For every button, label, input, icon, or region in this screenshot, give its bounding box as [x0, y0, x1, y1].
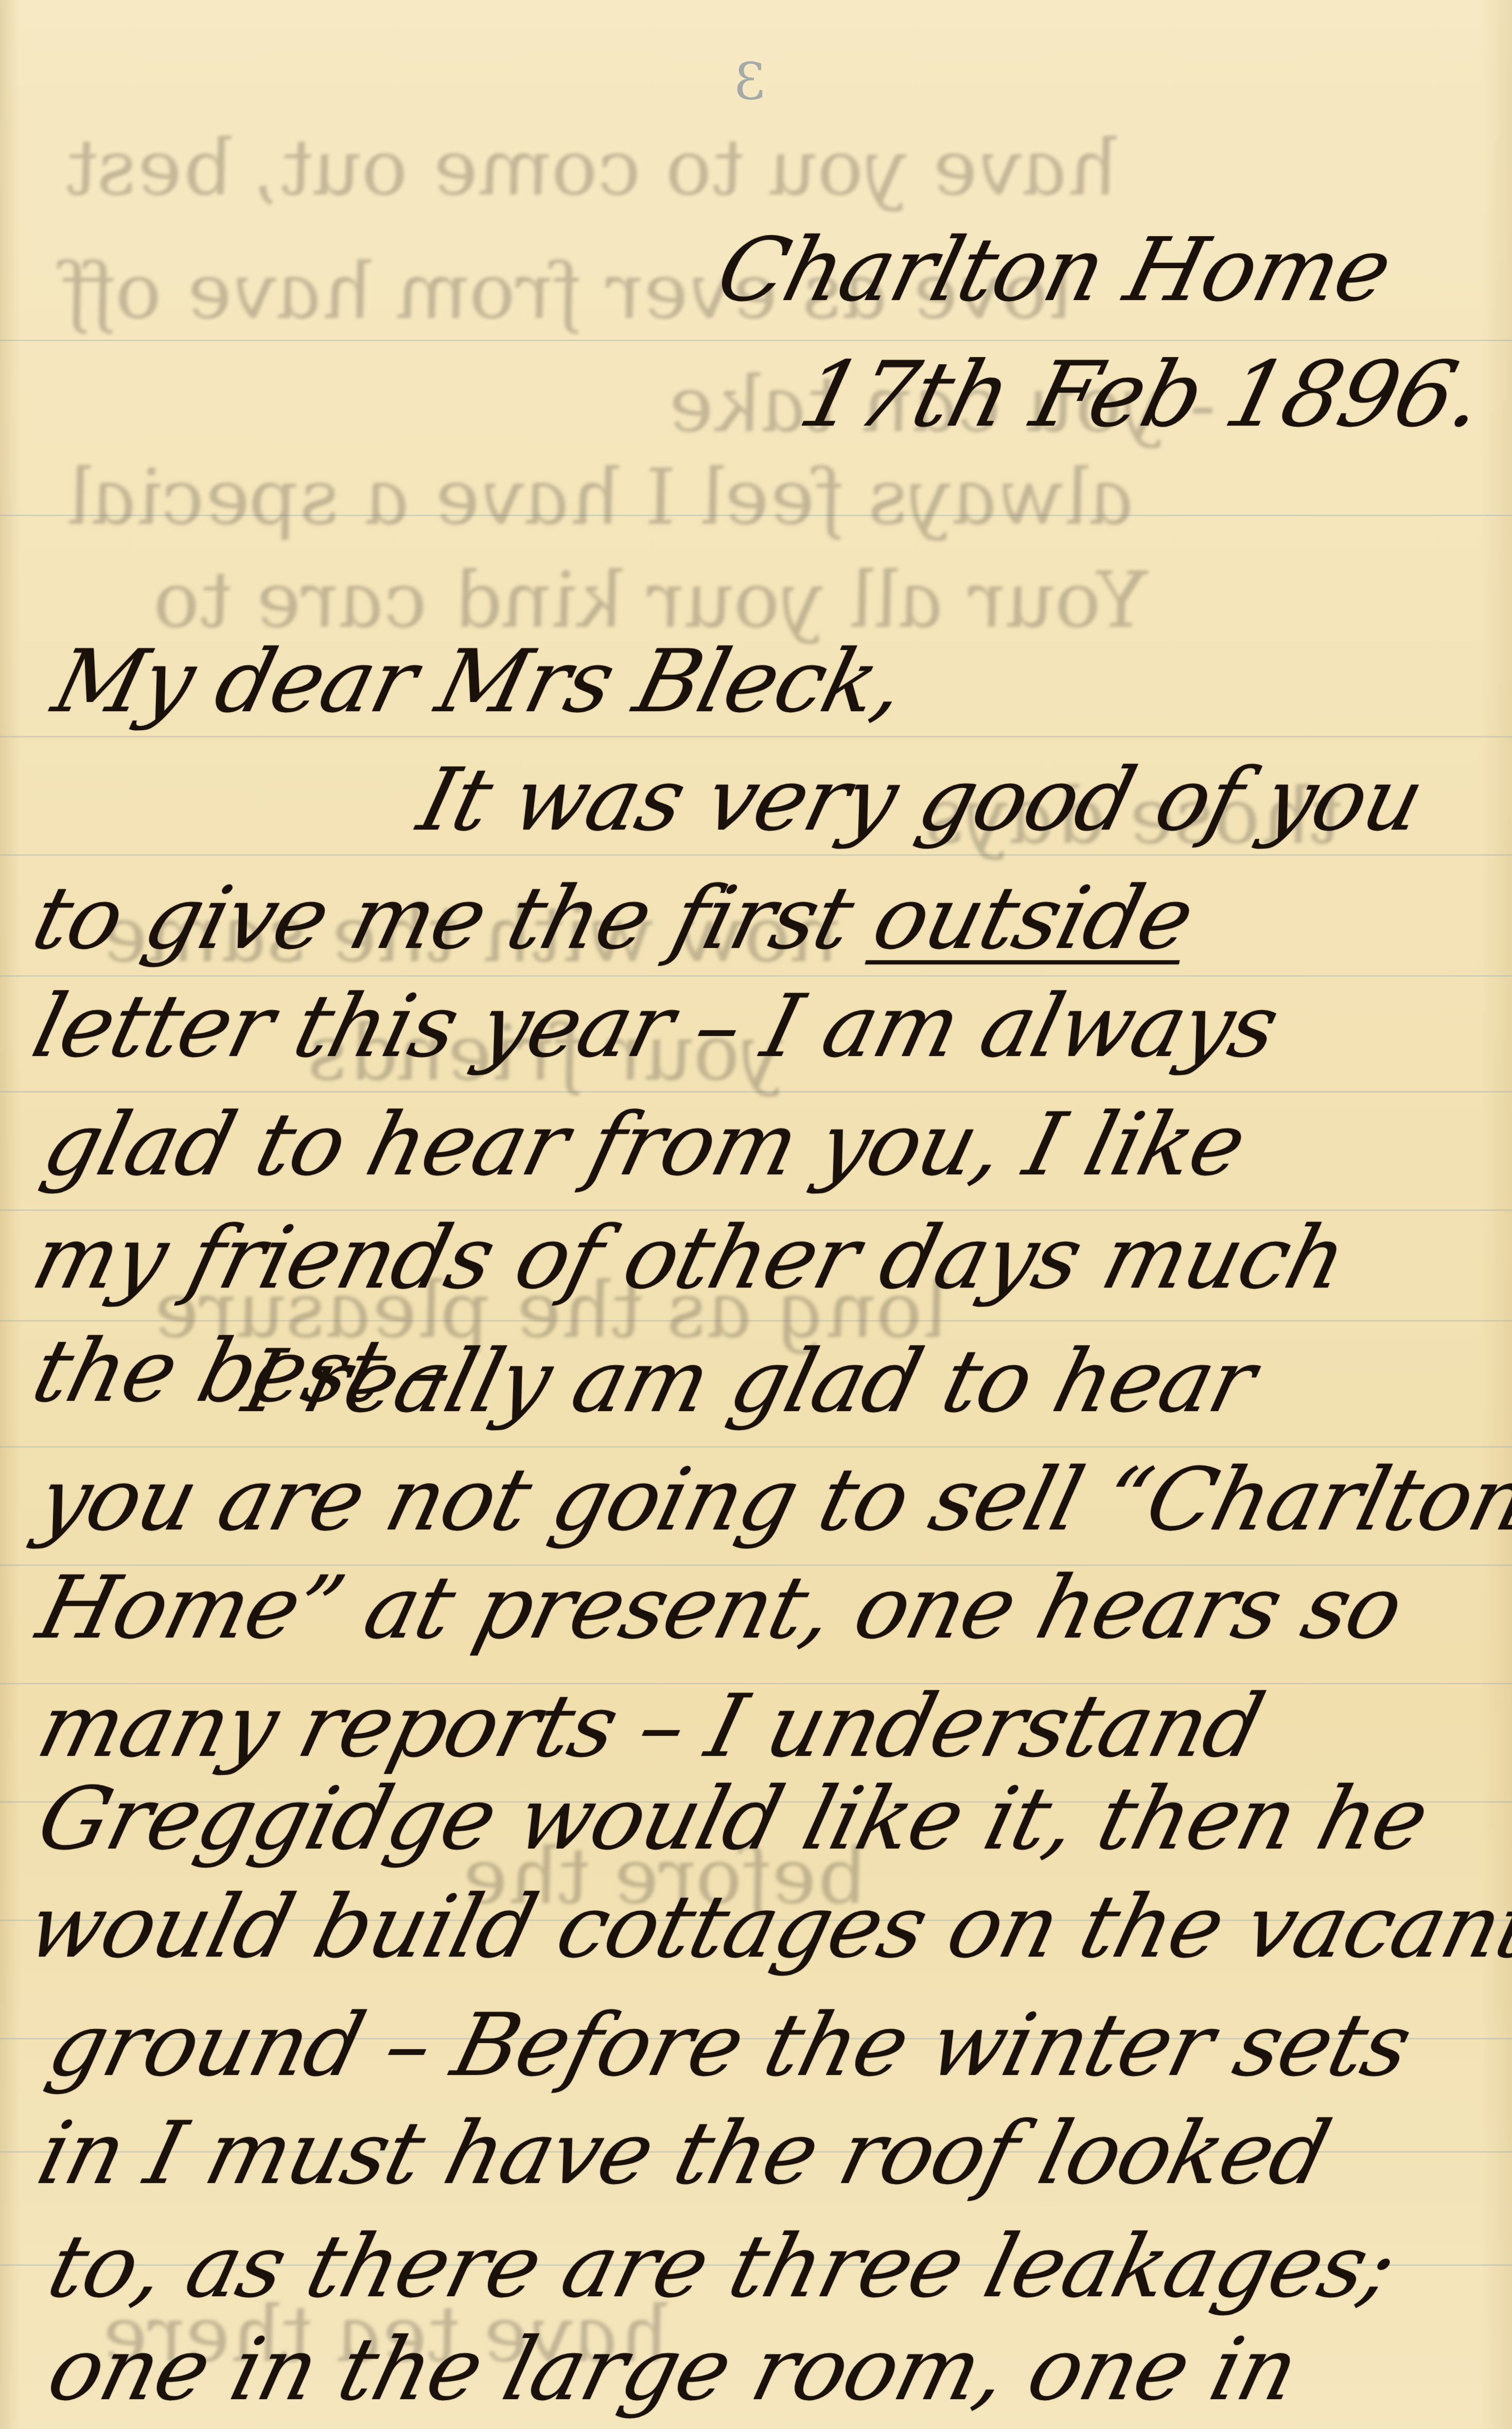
page-number-marker: 3	[733, 51, 766, 112]
ruled-line	[0, 340, 1512, 341]
letter-line: my friends of other days much	[25, 1214, 1353, 1301]
letter-line: to give me the first outside	[25, 875, 1201, 961]
letter-line: letter this year – I am always	[25, 983, 1286, 1069]
letter-salutation: My dear Mrs Bleck,	[46, 638, 913, 725]
letter-line: you are not going to sell “Charlton	[30, 1456, 1512, 1543]
ruled-line	[0, 736, 1512, 737]
bleed-through-text: have you to come out, best	[58, 124, 1128, 213]
letter-line-text: to give me the first	[24, 868, 889, 969]
letter-place: Charlton Home	[710, 226, 1399, 314]
letter-line: I really am glad to hear	[236, 1338, 1263, 1424]
bleed-through-text: always feel I have a special	[58, 453, 1145, 542]
letter-line: in I must have the roof looked	[30, 2110, 1337, 2196]
letter-line: would build cottages on the vacant	[20, 1884, 1512, 1970]
letter-line: Home” at present, one hears so	[30, 1564, 1410, 1651]
letter-date: 17th Feb 1896.	[792, 350, 1492, 440]
letter-line: many reports – I understand	[30, 1683, 1271, 1769]
letter-line: Greggidge would like it, then he	[30, 1775, 1436, 1862]
underlined-word: outside	[864, 868, 1203, 969]
letter-line: to, as there are three leakages;	[41, 2223, 1403, 2310]
ruled-line	[0, 1446, 1512, 1448]
letter-line: glad to hear from you, I like	[36, 1101, 1253, 1188]
letter-line: one in the large room, one in	[41, 2326, 1305, 2413]
letter-page: 3 have you to come out, best love as eve…	[0, 0, 1512, 2429]
letter-line: It was very good of you	[411, 756, 1431, 843]
letter-line: ground – Before the winter sets	[41, 2002, 1418, 2088]
